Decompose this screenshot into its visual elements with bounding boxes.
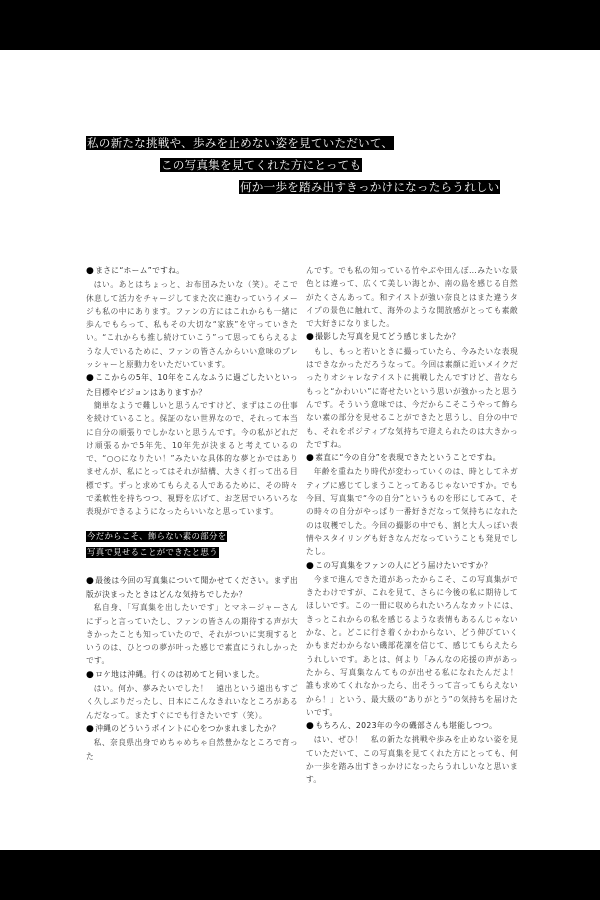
interview-answer-continued: んです。でも私の知っている竹やぶや田んぼ…みたいな景色とは違って、広くて美しい海…: [306, 264, 518, 330]
interview-question: ●最後は今回の写真集について聞かせてください。まず出版が決まったときはどんな気持…: [86, 574, 298, 602]
right-column: んです。でも私の知っている竹やぶや田んぼ…みたいな景色とは違って、広くて美しい海…: [306, 264, 518, 787]
subheadline: 今だからこそ、飾らない素の部分を 写真で見せることができたと思う: [86, 530, 298, 562]
interview-answer: はい、ぜひ！ 私の新たな挑戦や歩みを止めない姿を見ていただいて、この写真集を見て…: [306, 733, 518, 786]
headline-line-1: 私の新たな挑戦や、歩みを止めない姿を見ていただいて、: [86, 136, 394, 150]
subheadline-line-1: 今だからこそ、飾らない素の部分を: [86, 531, 227, 543]
interview-answer: 年齢を重ねたり時代が変わっていくのは、時としてネガティブに感じてしまうことってあ…: [306, 465, 518, 558]
left-column: ●まさに“ホーム”ですね。 はい。あとはちょっと、お布団みたいな（笑）。そこで休…: [86, 264, 298, 763]
interview-question: ●まさに“ホーム”ですね。: [86, 264, 298, 278]
letterbox-top: [0, 0, 600, 50]
bullet-icon: ●: [86, 670, 94, 680]
letterbox-bottom: [0, 850, 600, 900]
interview-answer: もし、もっと若いときに撮っていたら、今みたいな表現はできなかっただろうなって。今…: [306, 345, 518, 451]
interview-question: ●ロケ地は沖縄。行くのは初めてと伺いました。: [86, 668, 298, 682]
bullet-icon: ●: [306, 453, 314, 463]
bullet-icon: ●: [306, 561, 314, 571]
bullet-icon: ●: [86, 724, 94, 734]
headline-line-3: 何か一歩を踏み出すきっかけになったらうれしい: [239, 180, 500, 194]
magazine-page: 私の新たな挑戦や、歩みを止めない姿を見ていただいて、 この写真集を見てくれた方に…: [0, 50, 600, 850]
interview-question: ●この写真集をファンの人にどう届けたいですか？: [306, 559, 518, 573]
interview-answer: はい。あとはちょっと、お布団みたいな（笑）。そこで休息して活力をチャージしてまた…: [86, 278, 298, 371]
interview-answer: 今まで進んできた道があったからこそ、この写真集ができたわけですが、これを見て、さ…: [306, 573, 518, 719]
bullet-icon: ●: [86, 373, 94, 383]
bullet-icon: ●: [86, 266, 94, 276]
interview-answer: 私、奈良県出身でめちゃめちゃ自然豊かなところで育った: [86, 736, 298, 763]
interview-question: ●ここからの5年、10年をこんなふうに過ごしたいといった目標やビジョンはあります…: [86, 371, 298, 399]
interview-question: ●沖縄のどういうポイントに心をつかまれましたか？: [86, 722, 298, 736]
interview-answer: 私自身、「写真集を出したいです」とマネージャーさんにずっと言っていたし、ファンの…: [86, 601, 298, 667]
headline-line-2: この写真集を見てくれた方にとっても: [160, 158, 362, 172]
interview-question: ●素直に“今の自分”を表現できたということですね。: [306, 451, 518, 465]
bullet-icon: ●: [86, 576, 94, 586]
interview-answer: はい。何か、夢みたいでした！ 遠出という遠出もすごく久しぶりだったし、日本にこん…: [86, 682, 298, 722]
bullet-icon: ●: [306, 332, 314, 342]
interview-question: ●撮影した写真を見てどう感じましたか？: [306, 330, 518, 344]
interview-answer: 簡単なようで難しいと思うんですけど、まずはこの仕事を続けていること。保証のない世…: [86, 399, 298, 519]
subheadline-line-2: 写真で見せることができたと思う: [86, 547, 219, 559]
interview-question: ●もちろん、2023年の今の磯部さんも堪能しつつ。: [306, 719, 518, 733]
bullet-icon: ●: [306, 721, 314, 731]
